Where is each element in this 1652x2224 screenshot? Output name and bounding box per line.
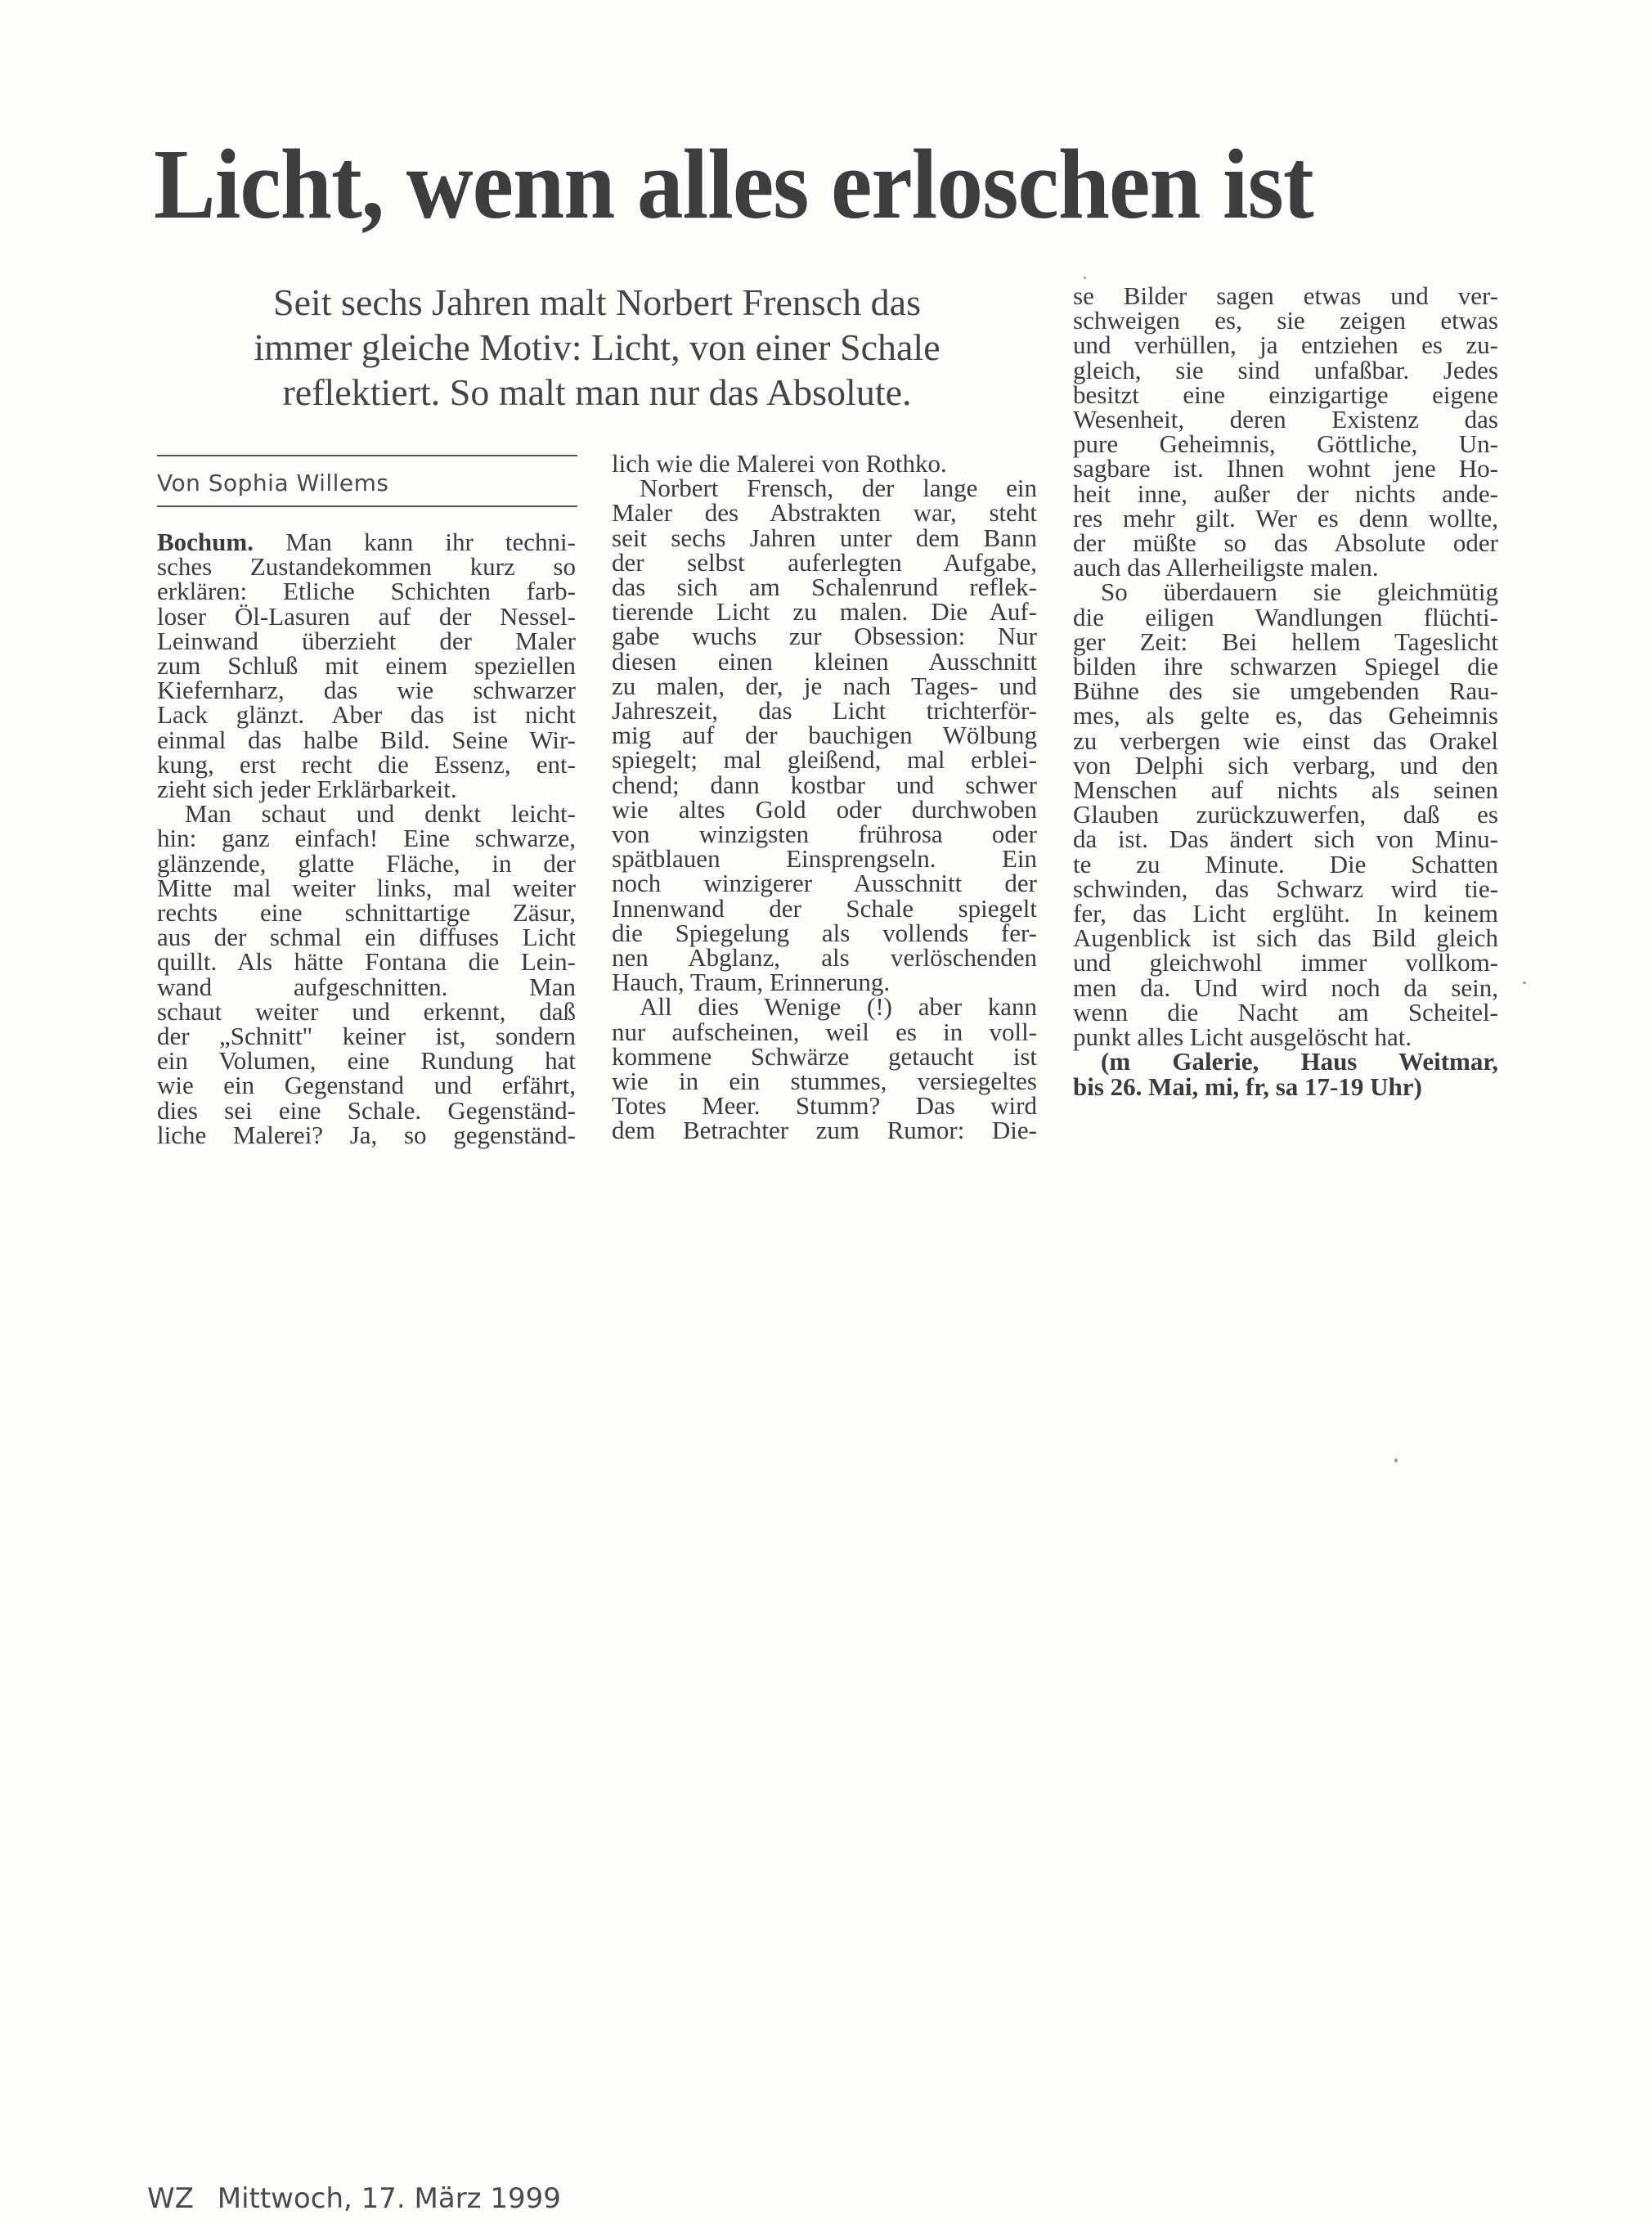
- text-line: und verhüllen, ja entziehen es zu-: [1073, 333, 1498, 357]
- text-line: Jahreszeit, das Licht trichterför-: [612, 699, 1037, 723]
- text-line: der „Schnitt" keiner ist, sondern: [157, 1024, 576, 1049]
- text-line: der müßte so das Absolute oder: [1073, 531, 1498, 555]
- text-line: von winzigsten frührosa oder: [612, 822, 1037, 847]
- text-line: se Bilder sagen etwas und ver-: [1073, 284, 1498, 308]
- text-line: wie ein Gegenstand und erfährt,: [157, 1073, 576, 1098]
- byline-rule-top: [157, 455, 577, 456]
- text-line: Wesenheit, deren Existenz das: [1073, 407, 1498, 432]
- text-line: ger Zeit: Bei hellem Tageslicht: [1073, 630, 1498, 654]
- text-line: von Delphi sich verbarg, und den: [1073, 753, 1498, 778]
- article-column-3: se Bilder sagen etwas und ver-schweigen …: [1073, 284, 1498, 1099]
- text-line: chend; dann kostbar und schwer: [612, 773, 1037, 797]
- text-line: Lack glänzt. Aber das ist nicht: [157, 703, 576, 727]
- text-line: Man schaut und denkt leicht-: [157, 802, 576, 826]
- text-line: kung, erst recht die Essenz, ent-: [157, 753, 576, 777]
- text-line: Maler des Abstrakten war, steht: [612, 501, 1037, 525]
- text-line: Bochum. Man kann ihr techni-: [157, 530, 576, 555]
- byline: Von Sophia Willems: [157, 470, 389, 496]
- text-line: schweigen es, sie zeigen etwas: [1073, 308, 1498, 333]
- text-line: sches Zustandekommen kurz so: [157, 555, 576, 579]
- text-line: te zu Minute. Die Schatten: [1073, 852, 1498, 877]
- text-line: bis 26. Mai, mi, fr, sa 17-19 Uhr): [1073, 1075, 1498, 1099]
- text-line: besitzt eine einzigartige eigene: [1073, 383, 1498, 407]
- article-column-2: lich wie die Malerei von Rothko.Norbert …: [612, 452, 1037, 1143]
- text-line: Totes Meer. Stumm? Das wird: [612, 1094, 1037, 1118]
- text-line: Glauben zurückzuwerfen, daß es: [1073, 802, 1498, 827]
- text-line: schwinden, das Schwarz wird tie-: [1073, 877, 1498, 901]
- text-line: da ist. Das ändert sich von Minu-: [1073, 827, 1498, 851]
- text-line: wenn die Nacht am Scheitel-: [1073, 1000, 1498, 1025]
- publication-date: Mittwoch, 17. März 1999: [218, 2182, 561, 2215]
- text-line: Innenwand der Schale spiegelt: [612, 896, 1037, 921]
- text-line: kommene Schwärze getaucht ist: [612, 1045, 1037, 1069]
- text-line: gleich, sie sind unfaßbar. Jedes: [1073, 358, 1498, 383]
- text-line: die eiligen Wandlungen flüchti-: [1073, 605, 1498, 630]
- footer-publication-line: WZ Mittwoch, 17. März 1999: [147, 2182, 561, 2215]
- text-line: heit inne, außer der nichts ande-: [1073, 482, 1498, 506]
- text-line: ein Volumen, eine Rundung hat: [157, 1049, 576, 1073]
- text-line: liche Malerei? Ja, so gegenständ-: [157, 1123, 576, 1148]
- text-line: auch das Allerheiligste malen.: [1073, 555, 1498, 580]
- text-line: men da. Und wird noch da sein,: [1073, 976, 1498, 1000]
- deck-line: immer gleiche Motiv: Licht, von einer Sc…: [180, 325, 1014, 370]
- text-line: rechts eine schnittartige Zäsur,: [157, 901, 576, 925]
- text-line: So überdauern sie gleichmütig: [1073, 580, 1498, 604]
- text-line: nen Abglanz, als verlöschenden: [612, 946, 1037, 970]
- text-line: Augenblick ist sich das Bild gleich: [1073, 926, 1498, 950]
- text-line: noch winzigerer Ausschnitt der: [612, 871, 1037, 896]
- text-line: wand aufgeschnitten. Man: [157, 975, 576, 1000]
- text-line: mig auf der bauchigen Wölbung: [612, 723, 1037, 748]
- text-line: zu verbergen wie einst das Orakel: [1073, 729, 1498, 753]
- text-line: glänzende, glatte Fläche, in der: [157, 851, 576, 876]
- text-line: spätblauen Einsprengseln. Ein: [612, 847, 1037, 871]
- text-line: Norbert Frensch, der lange ein: [612, 476, 1037, 501]
- text-line: sagbare ist. Ihnen wohnt jene Ho-: [1073, 456, 1498, 481]
- text-line: zieht sich jeder Erklärbarkeit.: [157, 777, 576, 802]
- text-line: (m Galerie, Haus Weitmar,: [1073, 1049, 1498, 1074]
- headline: Licht, wenn alles erloschen ist: [154, 135, 1416, 235]
- scan-speck: [1084, 276, 1086, 279]
- deck-line: reflektiert. So malt man nur das Absolut…: [180, 370, 1014, 415]
- text-line: mes, als gelte es, das Geheimnis: [1073, 703, 1498, 728]
- text-line: spiegelt; mal gleißend, mal erblei-: [612, 748, 1037, 772]
- text-line: fer, das Licht erglüht. In keinem: [1073, 901, 1498, 926]
- text-line: loser Öl-Lasuren auf der Nessel-: [157, 604, 576, 629]
- text-line: bilden ihre schwarzen Spiegel die: [1073, 654, 1498, 679]
- text-line: aus der schmal ein diffuses Licht: [157, 925, 576, 950]
- text-line: Kiefernharz, das wie schwarzer: [157, 678, 576, 703]
- text-line: schaut weiter und erkennt, daß: [157, 1000, 576, 1024]
- text-line: die Spiegelung als vollends fer-: [612, 921, 1037, 946]
- text-line: und gleichwohl immer vollkom-: [1073, 950, 1498, 975]
- newspaper-name: WZ: [147, 2182, 194, 2215]
- text-line: Bühne des sie umgebenden Rau-: [1073, 679, 1498, 703]
- text-line: dies sei eine Schale. Gegenständ-: [157, 1099, 576, 1123]
- text-line: hin: ganz einfach! Eine schwarze,: [157, 826, 576, 851]
- article-column-1: Bochum. Man kann ihr techni-sches Zustan…: [157, 530, 576, 1148]
- text-line: gabe wuchs zur Obsession: Nur: [612, 624, 1037, 649]
- text-line: zu malen, der, je nach Tages- und: [612, 674, 1037, 699]
- text-line: der selbst auferlegten Aufgabe,: [612, 550, 1037, 575]
- byline-rule-bottom: [157, 505, 577, 507]
- text-line: nur aufscheinen, weil es in voll-: [612, 1020, 1037, 1045]
- scan-speck: [1523, 982, 1526, 984]
- text-line: einmal das halbe Bild. Seine Wir-: [157, 728, 576, 753]
- text-line: wie in ein stummes, versiegeltes: [612, 1069, 1037, 1094]
- text-line: tierende Licht zu malen. Die Auf-: [612, 600, 1037, 624]
- deck-line: Seit sechs Jahren malt Norbert Frensch d…: [180, 280, 1014, 325]
- text-line: quillt. Als hätte Fontana die Lein-: [157, 950, 576, 974]
- text-line: All dies Wenige (!) aber kann: [612, 995, 1037, 1019]
- text-line: Hauch, Traum, Erinnerung.: [612, 970, 1037, 995]
- text-line: res mehr gilt. Wer es denn wollte,: [1073, 506, 1498, 531]
- scan-speck: [1394, 1458, 1398, 1462]
- text-line: zum Schluß mit einem speziellen: [157, 654, 576, 678]
- text-line: diesen einen kleinen Ausschnitt: [612, 649, 1037, 674]
- text-line: pure Geheimnis, Göttliche, Un-: [1073, 432, 1498, 456]
- text-line: Mitte mal weiter links, mal weiter: [157, 876, 576, 901]
- text-line: dem Betrachter zum Rumor: Die-: [612, 1118, 1037, 1143]
- text-line: Menschen auf nichts als seinen: [1073, 778, 1498, 802]
- text-line: erklären: Etliche Schichten farb-: [157, 579, 576, 604]
- text-line: wie altes Gold oder durchwoben: [612, 797, 1037, 822]
- text-line: Leinwand überzieht der Maler: [157, 629, 576, 654]
- deck-subheadline: Seit sechs Jahren malt Norbert Frensch d…: [180, 280, 1014, 415]
- text-line: seit sechs Jahren unter dem Bann: [612, 526, 1037, 550]
- text-line: punkt alles Licht ausgelöscht hat.: [1073, 1025, 1498, 1049]
- text-line: das sich am Schalenrund reflek-: [612, 575, 1037, 600]
- text-line: lich wie die Malerei von Rothko.: [612, 452, 1037, 476]
